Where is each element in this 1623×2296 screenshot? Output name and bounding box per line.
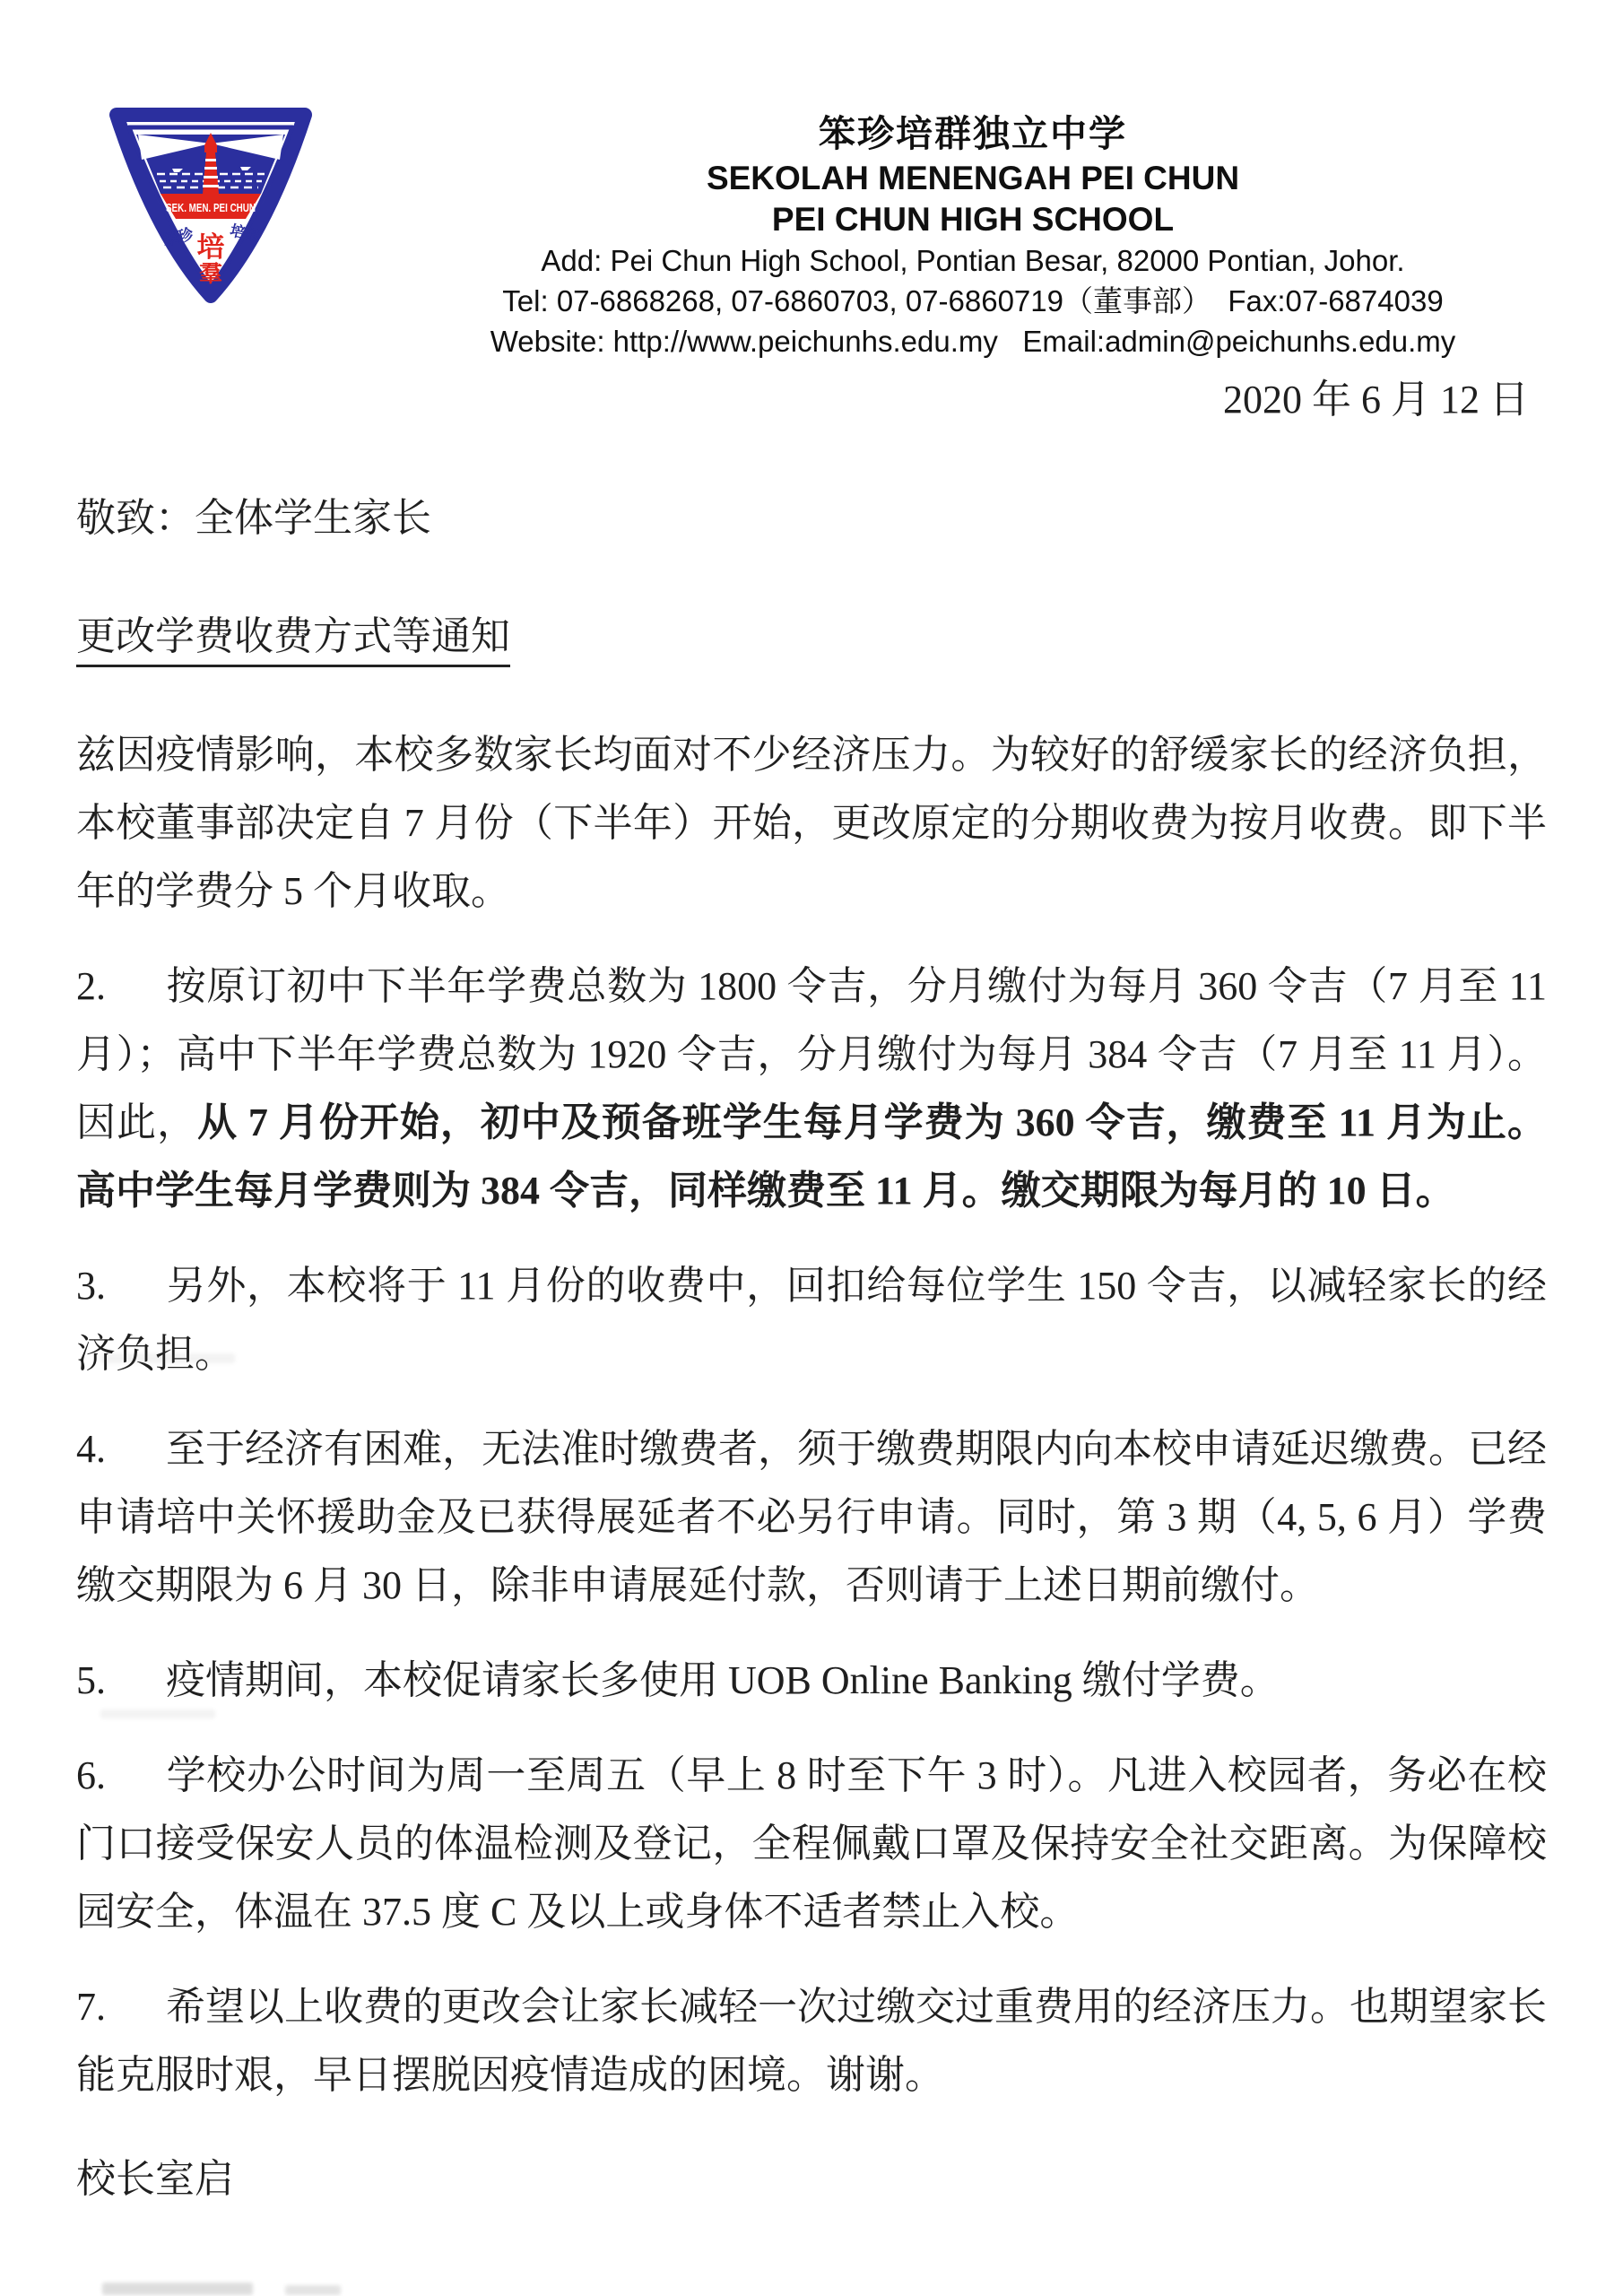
- paragraph-number: 4.: [76, 1415, 166, 1483]
- paragraph-text: 另外，本校将于 11 月份的收费中，回扣给每位学生 150 令吉，以减轻家长的经…: [76, 1264, 1547, 1376]
- school-logo-image: SEK. MEN. PEI CHUN 笨珍 培羣 培 羣: [90, 88, 332, 326]
- paragraph-bold-text: 从 7 月份开始，初中及预备班学生每月学费为 360 令吉，缴费至 11 月为止…: [76, 1100, 1547, 1213]
- paragraph-number: 5.: [76, 1647, 166, 1715]
- paragraph-number: 3.: [76, 1252, 166, 1320]
- scan-artifact: [285, 2285, 341, 2295]
- paragraph-text: 学校办公时间为周一至周五（早上 8 时至下午 3 时）。凡进入校园者，务必在校门…: [76, 1753, 1547, 1934]
- letter-page: { "meta": { "page_background": "#ffffff"…: [0, 0, 1623, 2296]
- lighthouse-stripe: [204, 176, 218, 178]
- letter-date: 2020 年 6 月 12 日: [76, 366, 1547, 434]
- lighthouse-stripe: [205, 159, 216, 161]
- logo-big-character-bottom: 羣: [199, 261, 222, 287]
- paragraph-text: 希望以上收费的更改会让家长减轻一次过缴交过重费用的经济压力。也期望家长能克服时艰…: [76, 1985, 1547, 2097]
- paragraph-6: 6.学校办公时间为周一至周五（早上 8 时至下午 3 时）。凡进入校园者，务必在…: [76, 1742, 1547, 1946]
- paragraph-1: 兹因疫情影响，本校多数家长均面对不少经济压力。为较好的舒缓家长的经济负担，本校董…: [76, 721, 1547, 926]
- salutation: 敬致：全体学生家长: [76, 484, 1547, 552]
- lighthouse-stripe: [204, 167, 217, 170]
- school-address: Add: Pei Chun High School, Pontian Besar…: [386, 240, 1560, 281]
- scan-artifact: [100, 1709, 215, 1718]
- letterhead: 笨珍培群独立中学 SEKOLAH MENENGAH PEI CHUN PEI C…: [386, 109, 1560, 361]
- school-website-email: Website: http://www.peichunhs.edu.my Ema…: [386, 321, 1560, 361]
- logo-big-character-top: 培: [197, 231, 225, 263]
- closing-signature: 校长室启: [76, 2145, 1547, 2213]
- lighthouse-lantern-icon: [204, 145, 217, 152]
- scan-artifact: [102, 2283, 253, 2295]
- school-name-chinese: 笨珍培群独立中学: [386, 109, 1560, 158]
- paragraph-text: 兹因疫情影响，本校多数家长均面对不少经济压力。为较好的舒缓家长的经济负担，本校董…: [76, 733, 1547, 913]
- paragraph-7: 7.希望以上收费的更改会让家长减轻一次过缴交过重费用的经济压力。也期望家长能克服…: [76, 1973, 1547, 2109]
- school-phone-fax: Tel: 07-6868268, 07-6860703, 07-6860719（…: [386, 281, 1560, 321]
- paragraph-3: 3.另外，本校将于 11 月份的收费中，回扣给每位学生 150 令吉，以减轻家长…: [76, 1252, 1547, 1388]
- scan-artifact: [100, 1353, 235, 1363]
- school-name-malay: SEKOLAH MENENGAH PEI CHUN: [386, 158, 1560, 199]
- logo-banner-text: SEK. MEN. PEI CHUN: [166, 202, 256, 214]
- lighthouse-stripe: [203, 185, 219, 187]
- subject-text: 更改学费收费方式等通知: [76, 614, 510, 667]
- letter-body: 2020 年 6 月 12 日 敬致：全体学生家长 更改学费收费方式等通知 兹因…: [76, 366, 1547, 2213]
- paragraph-number: 6.: [76, 1742, 166, 1810]
- paragraph-2: 2.按原订初中下半年学费总数为 1800 令吉，分月缴付为每月 360 令吉（7…: [76, 952, 1547, 1225]
- school-logo: SEK. MEN. PEI CHUN 笨珍 培羣 培 羣: [90, 88, 332, 326]
- paragraph-5: 5.疫情期间，本校促请家长多使用 UOB Online Banking 缴付学费…: [76, 1647, 1547, 1715]
- paragraph-4: 4.至于经济有困难，无法准时缴费者，须于缴费期限内向本校申请延迟缴费。已经申请培…: [76, 1415, 1547, 1620]
- paragraph-number: 2.: [76, 952, 166, 1021]
- subject-line: 更改学费收费方式等通知: [76, 603, 1547, 671]
- school-name-english: PEI CHUN HIGH SCHOOL: [386, 199, 1560, 240]
- paragraph-number: 7.: [76, 1973, 166, 2041]
- paragraph-text: 至于经济有困难，无法准时缴费者，须于缴费期限内向本校申请延迟缴费。已经申请培中关…: [76, 1427, 1547, 1607]
- paragraph-text: 疫情期间，本校促请家长多使用 UOB Online Banking 缴付学费。: [166, 1658, 1280, 1702]
